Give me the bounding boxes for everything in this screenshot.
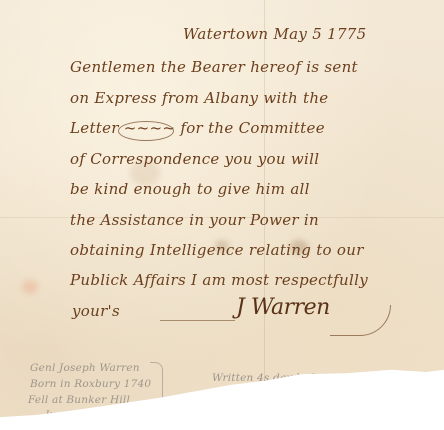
letter-page: Watertown May 5 1775 Gentlemen the Beare… xyxy=(0,0,444,430)
letter-line-1: Gentlemen the Bearer hereof is sent xyxy=(70,58,358,76)
signature-lead-line xyxy=(160,320,235,321)
aged-paper: Watertown May 5 1775 Gentlemen the Beare… xyxy=(0,0,444,430)
letter-line-7: obtaining Intelligence relating to our xyxy=(70,241,364,259)
pencil-note-right: Written 4s day before his death xyxy=(212,372,386,384)
letter-line-6: the Assistance in your Power in xyxy=(70,211,319,229)
letter-line-5: be kind enough to give him all xyxy=(70,180,310,198)
pencil-note-left-line-2: Born in Roxbury 1740 xyxy=(30,378,151,390)
paper-stain xyxy=(22,280,38,294)
letter-line-3: Letter ~~~~ for the Committee xyxy=(70,119,325,137)
pencil-bracket xyxy=(150,362,163,424)
signature: J Warren xyxy=(236,295,330,320)
struck-out-word xyxy=(118,121,174,141)
letter-line-4: of Correspondence you you will xyxy=(70,150,319,168)
letter-line-8: Publick Affairs I am most respectfully xyxy=(70,271,368,289)
pencil-note-left-line-3: Fell at Bunker Hill xyxy=(28,394,130,406)
pencil-note-left-line-1: Genl Joseph Warren xyxy=(30,362,140,374)
pencil-note-left-line-4: June 17th 1775 xyxy=(45,409,130,421)
letter-line-2: on Express from Albany with the xyxy=(70,89,328,107)
letter-closing: your's xyxy=(72,302,120,320)
signature-flourish xyxy=(330,305,391,336)
letter-dateline: Watertown May 5 1775 xyxy=(183,25,367,43)
